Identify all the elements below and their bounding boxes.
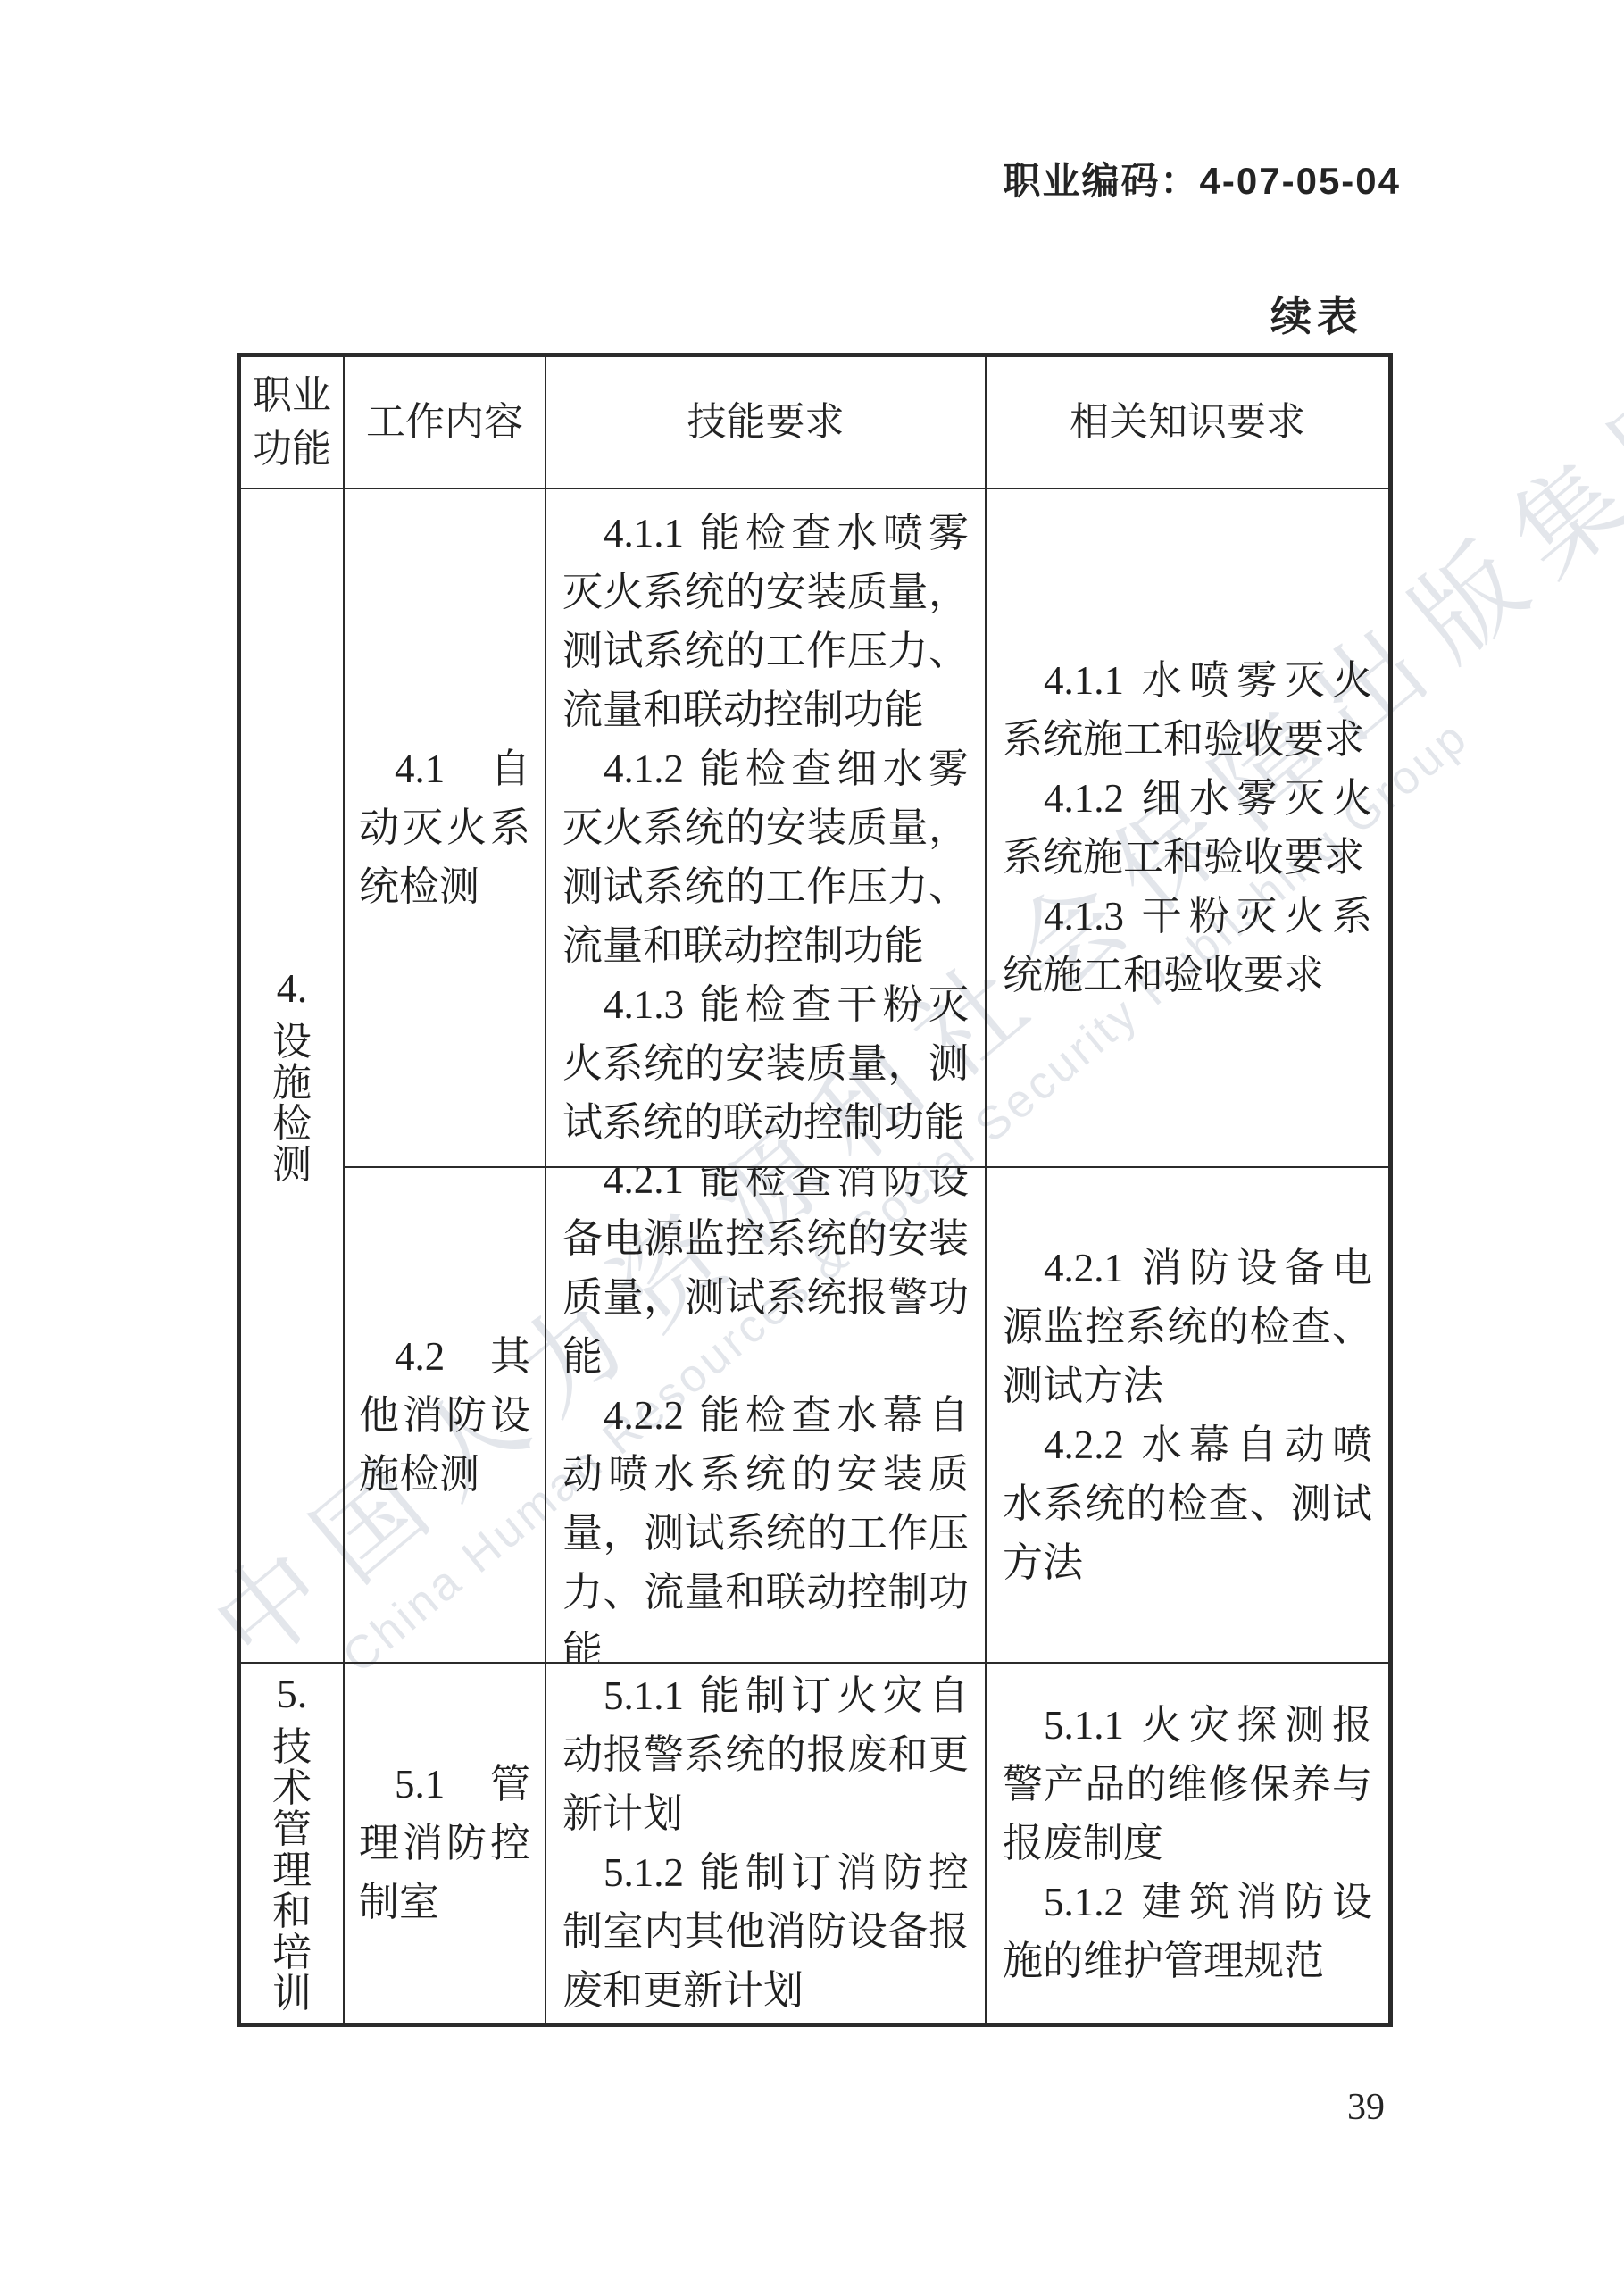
knowledge-item: 4.1.2 细水雾灭火系统施工和验收要求 [1003,769,1372,887]
page-number: 39 [1347,2086,1385,2129]
function-number: 5. [277,1672,308,1716]
function-name-vertical: 技术管理和培训 [271,1727,313,2015]
column-header-work-content: 工作内容 [345,357,546,489]
knowledge-cell-4-1: 4.1.1 水喷雾灭火系统施工和验收要求 4.1.2 细水雾灭火系统施工和验收要… [987,489,1388,1168]
function-name-vertical: 设施检测 [271,1022,313,1186]
work-content-text: 5.1 管理消防控制室 [345,1755,545,1932]
work-content-text: 4.1 自动灭火系统检测 [345,739,545,916]
column-header-knowledge-requirements-label: 相关知识要求 [1070,396,1305,449]
column-header-function-label: 职业功能 [249,369,335,476]
knowledge-item: 5.1.1 火灾探测报警产品的维修保养与报废制度 [1003,1696,1372,1873]
occupation-code-header: 职业编码：4-07-05-04 [1004,152,1401,205]
column-header-knowledge-requirements: 相关知识要求 [987,357,1388,489]
knowledge-item: 5.1.2 建筑消防设施的维护管理规范 [1003,1873,1372,1990]
skill-cell-4-1: 4.1.1 能检查水喷雾灭火系统的安装质量，测试系统的工作压力、流量和联动控制功… [546,489,987,1168]
work-content-cell-4-1: 4.1 自动灭火系统检测 [345,489,546,1168]
skill-item: 5.1.2 能制订消防控制室内其他消防设备报废和更新计划 [562,1843,969,2020]
work-content-cell-5-1: 5.1 管理消防控制室 [345,1664,546,2023]
function-number: 4. [277,966,308,1011]
skill-item: 4.1.3 能检查干粉灭火系统的安装质量，测试系统的联动控制功能 [562,975,969,1152]
function-cell-facility-testing: 4. 设施检测 [241,489,345,1664]
skill-cell-4-2: 4.2.1 能检查消防设备电源监控系统的安装质量，测试系统报警功能 4.2.2 … [546,1168,987,1664]
skill-item: 4.2.1 能检查消防设备电源监控系统的安装质量，测试系统报警功能 [562,1168,969,1386]
continued-table-label: 续表 [1270,284,1363,343]
knowledge-item: 4.1.3 干粉灭火系统施工和验收要求 [1003,887,1372,1005]
skill-item: 4.1.2 能检查细水雾灭火系统的安装质量，测试系统的工作压力、流量和联动控制功… [562,739,969,975]
knowledge-item: 4.1.1 水喷雾灭火系统施工和验收要求 [1003,651,1372,769]
skill-item: 4.2.2 能检查水幕自动喷水系统的安装质量，测试系统的工作压力、流量和联动控制… [562,1386,969,1665]
skill-item: 5.1.1 能制订火灾自动报警系统的报废和更新计划 [562,1666,969,1843]
document-page: 中国人力资源和社会保障出版集团 China Human Resources & … [0,0,1624,2278]
work-content-cell-4-2: 4.2 其他消防设施检测 [345,1168,546,1664]
skill-item: 4.1.1 能检查水喷雾灭火系统的安装质量，测试系统的工作压力、流量和联动控制功… [562,504,969,739]
knowledge-cell-5-1: 5.1.1 火灾探测报警产品的维修保养与报废制度 5.1.2 建筑消防设施的维护… [987,1664,1388,2023]
column-header-function: 职业功能 [241,357,345,489]
column-header-skill-requirements-label: 技能要求 [687,396,845,449]
column-header-skill-requirements: 技能要求 [546,357,987,489]
work-content-text: 4.2 其他消防设施检测 [345,1327,545,1504]
function-cell-technical-management: 5. 技术管理和培训 [241,1664,345,2023]
column-header-work-content-label: 工作内容 [366,396,523,449]
skill-cell-5-1: 5.1.1 能制订火灾自动报警系统的报废和更新计划 5.1.2 能制订消防控制室… [546,1664,987,2023]
knowledge-item: 4.2.1 消防设备电源监控系统的检查、测试方法 [1003,1239,1372,1415]
occupation-standard-table: 职业功能 工作内容 技能要求 相关知识要求 4. 设施检测 4.1 自动灭火系统… [237,353,1393,2027]
knowledge-item: 4.2.2 水幕自动喷水系统的检查、测试方法 [1003,1415,1372,1592]
knowledge-cell-4-2: 4.2.1 消防设备电源监控系统的检查、测试方法 4.2.2 水幕自动喷水系统的… [987,1168,1388,1664]
